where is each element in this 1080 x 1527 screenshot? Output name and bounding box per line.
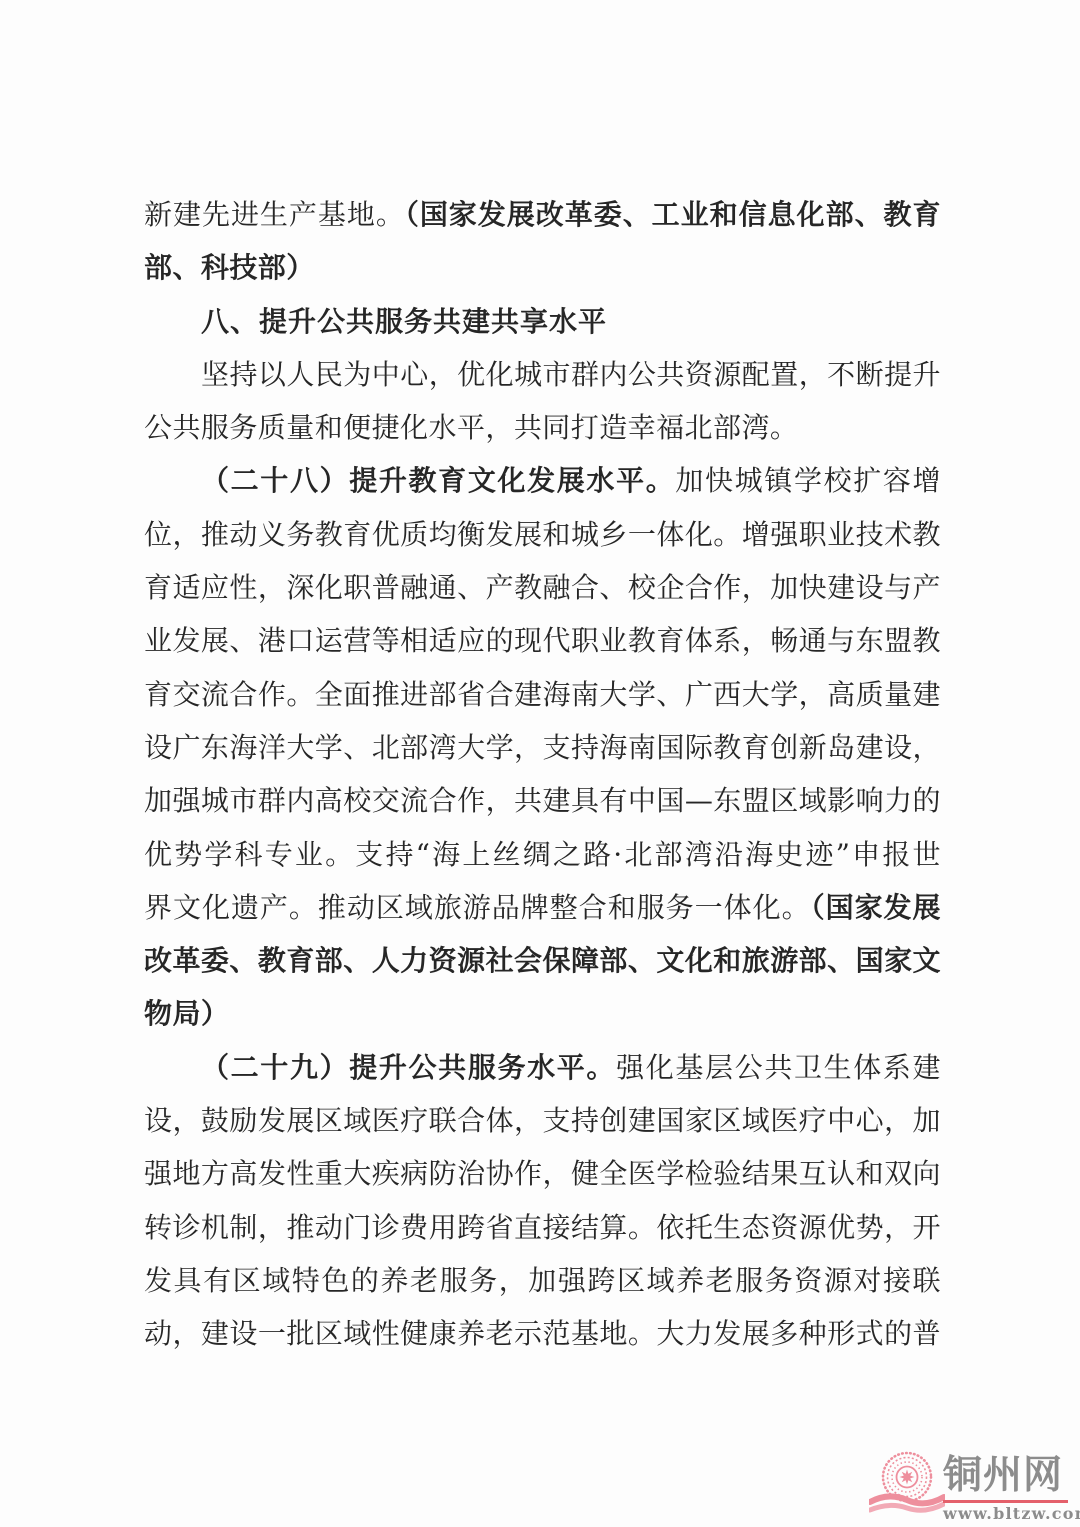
text-segment-heading: 八、提升公共服务共建共享水平: [201, 305, 607, 338]
text-segment-clause: （二十九）提升公共服务水平。: [201, 1051, 616, 1084]
text-segment-body: 育交流合作。全面推进部省合建海南大学、广西大学，高质量建: [144, 678, 941, 711]
site-name: 铜州网: [943, 1454, 1069, 1498]
document-line: 优势学科专业。支持“海上丝绸之路·北部湾沿海史迹”申报世: [144, 828, 941, 881]
watermark-text-group: 铜州网 www.bltzw.com: [943, 1454, 1069, 1523]
section-heading: 八、提升公共服务共建共享水平: [144, 295, 941, 348]
document-line: 业发展、港口运营等相适应的现代职业教育体系，畅通与东盟教: [144, 614, 941, 667]
document-line: 部、科技部）: [144, 241, 941, 294]
text-segment-body: 发具有区域特色的养老服务，加强跨区域养老服务资源对接联: [144, 1264, 941, 1297]
text-segment-body: 位，推动义务教育优质均衡发展和城乡一体化。增强职业技术教: [144, 518, 941, 551]
document-line: 改革委、教育部、人力资源社会保障部、文化和旅游部、国家文: [144, 934, 941, 987]
document-line: 设，鼓励发展区域医疗联合体，支持创建国家区域医疗中心，加: [144, 1094, 941, 1147]
document-line: （二十九）提升公共服务水平。强化基层公共卫生体系建: [144, 1041, 941, 1094]
document-line: 界文化遗产。推动区域旅游品牌整合和服务一体化。（国家发展: [144, 881, 941, 934]
document-line: 物局）: [144, 987, 941, 1040]
text-segment-dept: 部、科技部）: [144, 251, 315, 284]
site-logo-icon: [869, 1444, 945, 1520]
document-line: 育交流合作。全面推进部省合建海南大学、广西大学，高质量建: [144, 668, 941, 721]
document-line: 设广东海洋大学、北部湾大学，支持海南国际教育创新岛建设，: [144, 721, 941, 774]
document-line: （二十八）提升教育文化发展水平。加快城镇学校扩容增: [144, 454, 941, 507]
text-segment-body: 育适应性，深化职普融通、产教融合、校企合作，加快建设与产: [144, 571, 941, 604]
text-segment-dept: 物局）: [144, 997, 229, 1030]
text-segment-body: 转诊机制，推动门诊费用跨省直接结算。依托生态资源优势，开: [144, 1211, 941, 1244]
site-name-underline: [943, 1500, 1068, 1503]
text-segment-body: 界文化遗产。推动区域旅游品牌整合和服务一体化。: [144, 891, 811, 924]
document-page: 新建先进生产基地。（国家发展改革委、工业和信息化部、教育部、科技部）八、提升公共…: [0, 0, 1080, 1527]
text-segment-body: 动，建设一批区域性健康养老示范基地。大力发展多种形式的普: [144, 1317, 941, 1350]
text-segment-dept: （国家发展: [811, 891, 941, 924]
text-segment-body: 设，鼓励发展区域医疗联合体，支持创建国家区域医疗中心，加: [144, 1104, 941, 1137]
document-line: 发具有区域特色的养老服务，加强跨区域养老服务资源对接联: [144, 1254, 941, 1307]
text-segment-body: 强地方高发性重大疾病防治协作，健全医学检验结果互认和双向: [144, 1157, 941, 1190]
text-segment-body: 优势学科专业。支持“海上丝绸之路·北部湾沿海史迹”申报世: [144, 838, 941, 871]
text-segment-body: 强化基层公共卫生体系建: [616, 1051, 941, 1084]
text-segment-dept: 改革委、教育部、人力资源社会保障部、文化和旅游部、国家文: [144, 944, 941, 977]
text-segment-body: 坚持以人民为中心，优化城市群内公共资源配置，不断提升: [201, 358, 941, 391]
document-text: 新建先进生产基地。（国家发展改革委、工业和信息化部、教育部、科技部）八、提升公共…: [144, 188, 941, 1361]
site-url: www.bltzw.com: [943, 1504, 1069, 1523]
text-segment-body: 公共服务质量和便捷化水平，共同打造幸福北部湾。: [144, 411, 798, 444]
text-segment-body: 新建先进生产基地。: [144, 198, 405, 231]
document-line: 动，建设一批区域性健康养老示范基地。大力发展多种形式的普: [144, 1307, 941, 1360]
document-line: 新建先进生产基地。（国家发展改革委、工业和信息化部、教育: [144, 188, 941, 241]
text-segment-body: 加快城镇学校扩容增: [675, 464, 941, 497]
text-segment-clause: （二十八）提升教育文化发展水平。: [201, 464, 675, 497]
document-line: 育适应性，深化职普融通、产教融合、校企合作，加快建设与产: [144, 561, 941, 614]
text-segment-body: 业发展、港口运营等相适应的现代职业教育体系，畅通与东盟教: [144, 624, 941, 657]
document-line: 坚持以人民为中心，优化城市群内公共资源配置，不断提升: [144, 348, 941, 401]
text-segment-body: 设广东海洋大学、北部湾大学，支持海南国际教育创新岛建设，: [144, 731, 941, 764]
document-line: 位，推动义务教育优质均衡发展和城乡一体化。增强职业技术教: [144, 508, 941, 561]
document-line: 公共服务质量和便捷化水平，共同打造幸福北部湾。: [144, 401, 941, 454]
text-segment-dept: （国家发展改革委、工业和信息化部、教育: [405, 198, 941, 231]
document-line: 转诊机制，推动门诊费用跨省直接结算。依托生态资源优势，开: [144, 1201, 941, 1254]
document-line: 强地方高发性重大疾病防治协作，健全医学检验结果互认和双向: [144, 1147, 941, 1200]
document-line: 加强城市群内高校交流合作，共建具有中国—东盟区域影响力的: [144, 774, 941, 827]
watermark: 铜州网 www.bltzw.com: [869, 1444, 1069, 1522]
text-segment-body: 加强城市群内高校交流合作，共建具有中国—东盟区域影响力的: [144, 784, 941, 817]
